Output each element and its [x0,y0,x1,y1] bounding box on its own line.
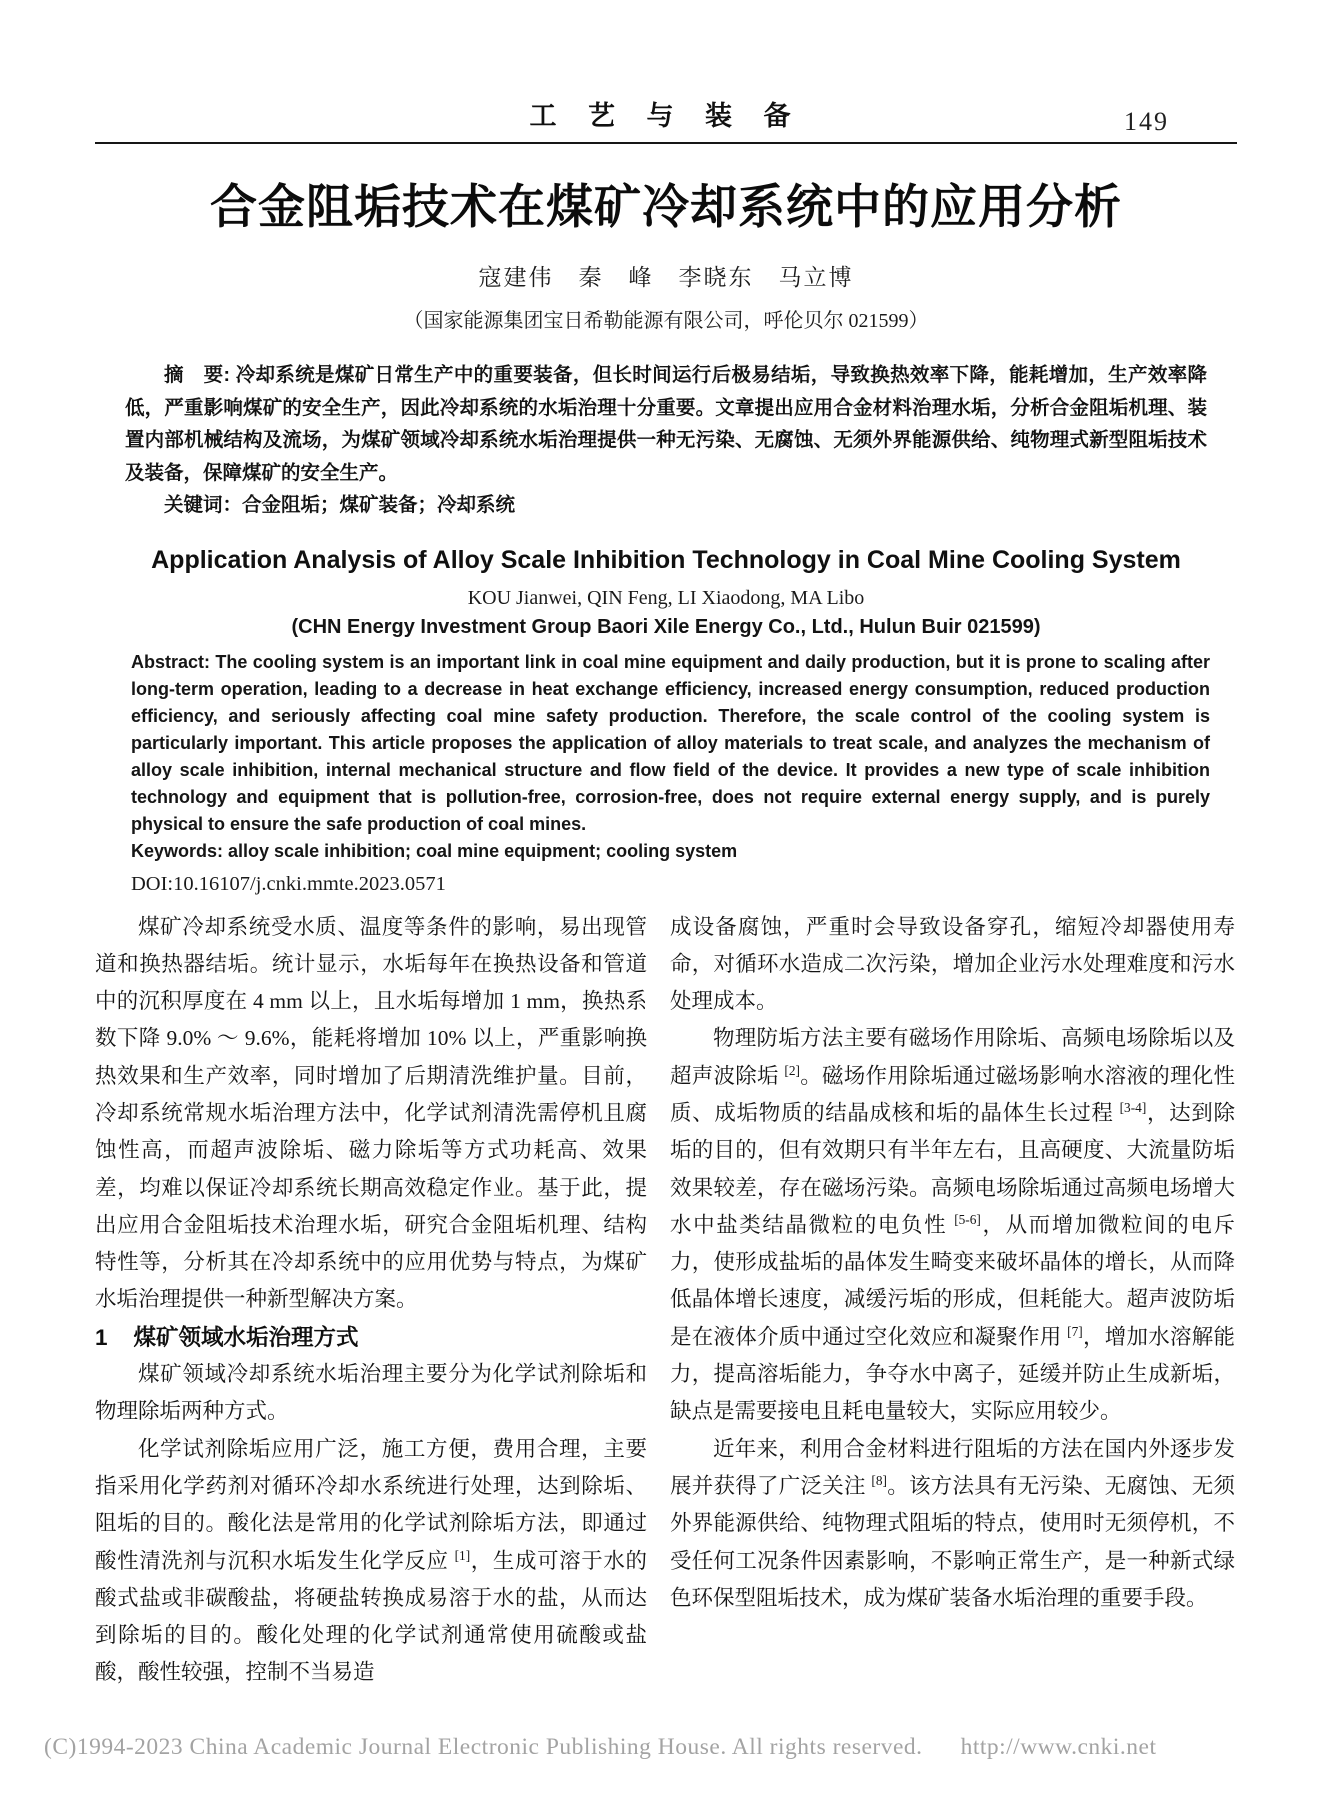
section-number: 1 [95,1319,108,1356]
footer: (C)1994-2023 China Academic Journal Elec… [44,1734,1157,1761]
paper-title-en: Application Analysis of Alloy Scale Inhi… [95,546,1237,575]
abstract-zh-label: 摘 要: [164,364,230,386]
paper-title-zh: 合金阻垢技术在煤矿冷却系统中的应用分析 [95,170,1237,237]
doi-line: DOI:10.16107/j.cnki.mmte.2023.0571 [131,873,1210,896]
reference-marker: [5-6] [954,1212,981,1227]
section-heading: 1煤矿领域水垢治理方式 [95,1319,647,1356]
paper-page: 工 艺 与 装 备 149 合金阻垢技术在煤矿冷却系统中的应用分析 寇建伟 秦 … [0,0,1323,1795]
reference-marker: [2] [784,1063,800,1078]
reference-marker: [1] [455,1547,471,1562]
page-number: 149 [1124,107,1169,137]
body-paragraph: 煤矿冷却系统受水质、温度等条件的影响，易出现管道和换热器结垢。统计显示，水垢每年… [95,909,647,1319]
keywords-zh: 关键词：合金阻垢；煤矿装备；冷却系统 [125,489,1207,522]
abstract-zh-text: 冷却系统是煤矿日常生产中的重要装备，但长时间运行后极易结垢，导致换热效率下降，能… [125,364,1207,484]
reference-marker: [3-4] [1120,1100,1147,1115]
reference-marker: [8] [871,1473,887,1488]
abstract-en: Abstract: The cooling system is an impor… [131,649,1210,838]
body-paragraph: 近年来，利用合金材料进行阻垢的方法在国内外逐步发展并获得了广泛关注 [8]。该方… [670,1431,1235,1617]
reference-marker: [7] [1067,1324,1083,1339]
affiliation-zh: （国家能源集团宝日希勒能源有限公司，呼伦贝尔 021599） [95,304,1237,333]
body-paragraph: 煤矿领域冷却系统水垢治理主要分为化学试剂除垢和物理除垢两种方式。 [95,1356,647,1431]
body-paragraph: 物理防垢方法主要有磁场作用除垢、高频电场除垢以及超声波除垢 [2]。磁场作用除垢… [670,1020,1235,1430]
authors-en: KOU Jianwei, QIN Feng, LI Xiaodong, MA L… [95,587,1237,610]
header-rule [95,142,1237,144]
journal-section-title: 工 艺 与 装 备 [529,101,802,131]
authors-zh: 寇建伟 秦 峰 李晓东 马立博 [95,259,1237,292]
keywords-zh-label: 关键词： [164,494,242,516]
journal-header: 工 艺 与 装 备 149 [95,0,1237,133]
body-paragraph: 成设备腐蚀，严重时会导致设备穿孔，缩短冷却器使用寿命，对循环水造成二次污染，增加… [670,909,1235,1021]
keywords-en: Keywords: alloy scale inhibition; coal m… [131,838,1210,865]
abstract-zh: 摘 要: 冷却系统是煤矿日常生产中的重要装备，但长时间运行后极易结垢，导致换热效… [125,359,1207,489]
body-column-left: 煤矿冷却系统受水质、温度等条件的影响，易出现管道和换热器结垢。统计显示，水垢每年… [95,909,647,1692]
page-content: 工 艺 与 装 备 149 合金阻垢技术在煤矿冷却系统中的应用分析 寇建伟 秦 … [0,0,1323,1692]
body-columns: 煤矿冷却系统受水质、温度等条件的影响，易出现管道和换热器结垢。统计显示，水垢每年… [95,909,1237,1692]
abstract-zh-block: 摘 要: 冷却系统是煤矿日常生产中的重要装备，但长时间运行后极易结垢，导致换热效… [125,359,1207,522]
body-paragraph: 化学试剂除垢应用广泛，施工方便，费用合理，主要指采用化学药剂对循环冷却水系统进行… [95,1431,647,1692]
keywords-zh-text: 合金阻垢；煤矿装备；冷却系统 [242,494,515,516]
body-column-right: 成设备腐蚀，严重时会导致设备穿孔，缩短冷却器使用寿命，对循环水造成二次污染，增加… [670,909,1235,1692]
copyright-text: (C)1994-2023 China Academic Journal Elec… [44,1734,923,1760]
footer-url: http://www.cnki.net [961,1734,1157,1760]
affiliation-en: (CHN Energy Investment Group Baori Xile … [95,616,1237,639]
